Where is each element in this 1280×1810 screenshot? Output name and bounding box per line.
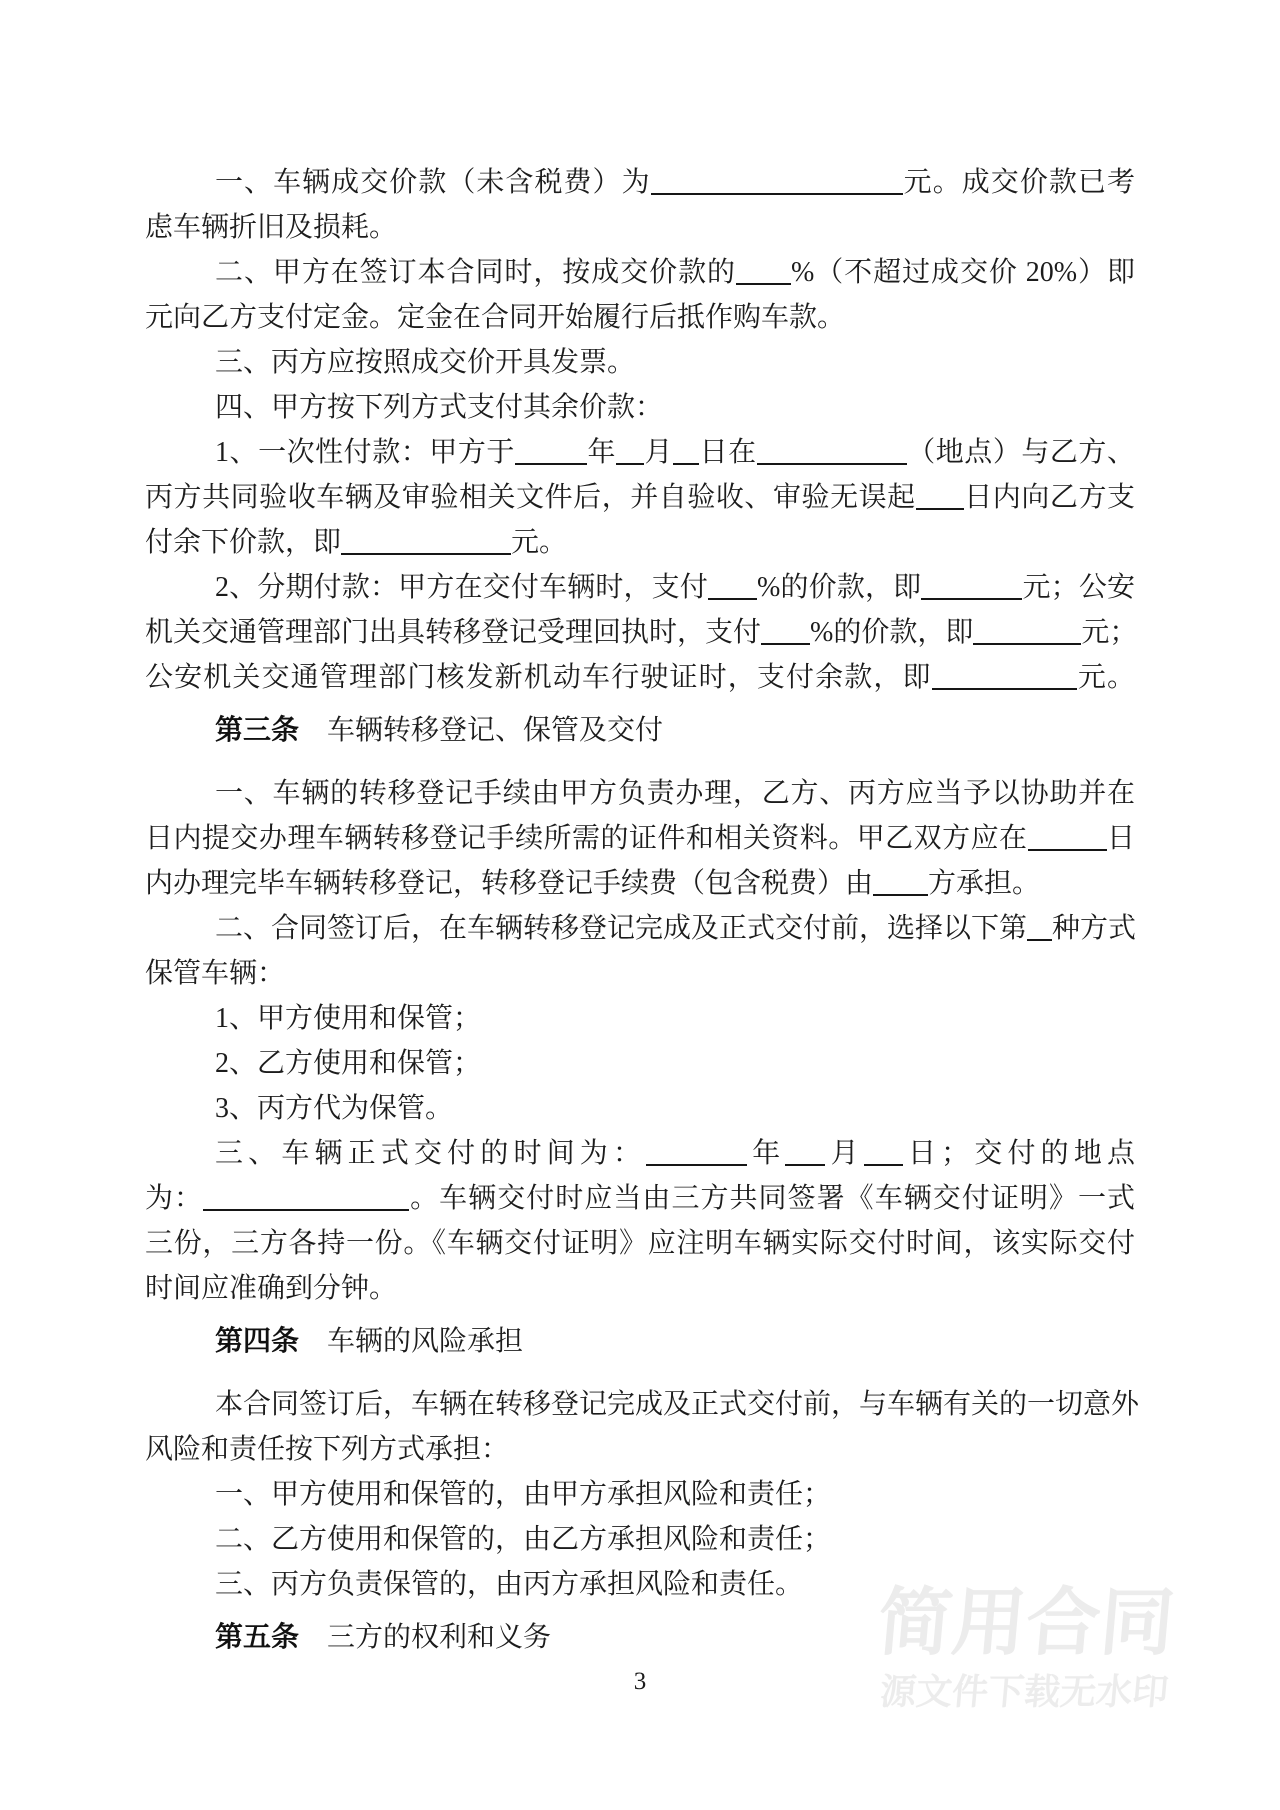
- doc-line: 2、分期付款：甲方在交付车辆时，支付%的价款，即元；公安: [145, 565, 1135, 610]
- doc-text: 年: [747, 1138, 785, 1169]
- doc-text: 三方的权利和义务: [299, 1622, 551, 1653]
- contract-page: 简用合同 源文件下载无水印 一、车辆成交价款（未含税费）为元。成交价款已考虑车辆…: [0, 0, 1280, 1810]
- doc-text: 公安机关交通管理部门核发新机动车行驶证时，支付余款，即: [145, 662, 932, 693]
- blank-field: [341, 549, 511, 555]
- blank-field: [651, 189, 903, 195]
- doc-line: 为：。车辆交付时应当由三方共同签署《车辆交付证明》一式: [145, 1176, 1135, 1221]
- doc-text: 一、车辆成交价款（未含税费）为: [215, 167, 651, 198]
- doc-text: 二、合同签订后，在车辆转移登记完成及正式交付前，选择以下第: [215, 913, 1027, 944]
- doc-line: 一、车辆的转移登记手续由甲方负责办理，乙方、丙方应当予以协助并在: [145, 771, 1135, 816]
- doc-line: 四、甲方按下列方式支付其余价款：: [145, 385, 1135, 430]
- doc-text: 元。成交价款已考: [903, 167, 1135, 198]
- doc-text: 2、分期付款：甲方在交付车辆时，支付: [215, 572, 708, 603]
- blank-field: [515, 459, 587, 465]
- doc-text: 三、车辆正式交付的时间为：: [215, 1138, 646, 1169]
- doc-line: 2、乙方使用和保管；: [145, 1041, 1135, 1086]
- doc-line: 3、丙方代为保管。: [145, 1086, 1135, 1131]
- blank-field: [921, 594, 1022, 600]
- doc-line: 风险和责任按下列方式承担：: [145, 1427, 1135, 1472]
- doc-text: 日；交付的地点: [903, 1138, 1135, 1169]
- doc-line: 三、丙方应按照成交价开具发票。: [145, 340, 1135, 385]
- doc-text: 四、甲方按下列方式支付其余价款：: [215, 392, 663, 423]
- doc-line: 公安机关交通管理部门核发新机动车行驶证时，支付余款，即元。: [145, 655, 1135, 700]
- doc-heading-line: 第三条 车辆转移登记、保管及交付: [145, 707, 1135, 753]
- doc-text: 月: [644, 437, 673, 468]
- doc-text: 种方式: [1052, 913, 1136, 944]
- doc-text: 虑车辆折旧及损耗。: [145, 212, 397, 243]
- doc-text: 日在: [699, 437, 757, 468]
- doc-text: 1、甲方使用和保管；: [215, 1003, 481, 1034]
- doc-text: 三、丙方负责保管的，由丙方承担风险和责任。: [215, 1569, 803, 1600]
- doc-text: %的价款，即: [810, 617, 973, 648]
- doc-line: 机关交通管理部门出具转移登记受理回执时，支付%的价款，即元；: [145, 610, 1135, 655]
- doc-line: 一、车辆成交价款（未含税费）为元。成交价款已考: [145, 160, 1135, 205]
- doc-line: 丙方共同验收车辆及审验相关文件后，并自验收、审验无误起日内向乙方支: [145, 475, 1135, 520]
- doc-line: 日内提交办理车辆转移登记手续所需的证件和相关资料。甲乙双方应在日: [145, 816, 1135, 861]
- doc-line: 虑车辆折旧及损耗。: [145, 205, 1135, 250]
- doc-text: 2、乙方使用和保管；: [215, 1048, 481, 1079]
- doc-text: 日内向乙方支: [964, 482, 1135, 513]
- doc-text: 风险和责任按下列方式承担：: [145, 1434, 509, 1465]
- blank-field: [916, 504, 964, 510]
- doc-text: 年: [587, 437, 616, 468]
- doc-line: 三份，三方各持一份。《车辆交付证明》应注明车辆实际交付时间，该实际交付: [145, 1221, 1135, 1266]
- doc-text: 车辆的风险承担: [299, 1326, 523, 1357]
- doc-line: 二、甲方在签订本合同时，按成交价款的%（不超过成交价 20%）即: [145, 250, 1135, 295]
- doc-text: %（不超过成交价 20%）即: [791, 257, 1135, 288]
- doc-text: 元；公安: [1022, 572, 1135, 603]
- doc-text: 付余下价款，即: [145, 527, 341, 558]
- doc-text: 日内提交办理车辆转移登记手续所需的证件和相关资料。甲乙双方应在: [145, 823, 1028, 854]
- doc-line: 时间应准确到分钟。: [145, 1266, 1135, 1311]
- doc-text: 一、车辆的转移登记手续由甲方负责办理，乙方、丙方应当予以协助并在: [215, 778, 1135, 809]
- doc-text: 日: [1107, 823, 1135, 854]
- blank-field: [873, 890, 928, 896]
- doc-text: （地点）与乙方、: [907, 437, 1135, 468]
- blank-field: [616, 459, 644, 465]
- blank-field: [761, 639, 810, 645]
- doc-text: 元；: [1081, 617, 1137, 648]
- page-number: 3: [0, 1668, 1280, 1696]
- doc-text: 二、甲方在签订本合同时，按成交价款的: [215, 257, 736, 288]
- doc-text: 本合同签订后，车辆在转移登记完成及正式交付前，与车辆有关的一切意外: [215, 1389, 1139, 1420]
- doc-text: 元向乙方支付定金。定金在合同开始履行后抵作购车款。: [145, 302, 845, 333]
- heading-label: 第四条: [215, 1325, 299, 1356]
- doc-line: 内办理完毕车辆转移登记，转移登记手续费（包含税费）由方承担。: [145, 861, 1135, 906]
- doc-line: 付余下价款，即元。: [145, 520, 1135, 565]
- blank-field: [1027, 935, 1052, 941]
- doc-line: 本合同签订后，车辆在转移登记完成及正式交付前，与车辆有关的一切意外: [145, 1382, 1135, 1427]
- doc-text: 元。: [1077, 662, 1135, 693]
- doc-text: 3、丙方代为保管。: [215, 1093, 453, 1124]
- doc-line: 三、丙方负责保管的，由丙方承担风险和责任。: [145, 1562, 1135, 1607]
- doc-line: 1、一次性付款：甲方于年月日在（地点）与乙方、: [145, 430, 1135, 475]
- doc-text: 方承担。: [928, 868, 1040, 899]
- doc-text: 为：: [145, 1183, 203, 1214]
- doc-text: 车辆转移登记、保管及交付: [299, 715, 663, 746]
- heading-label: 第五条: [215, 1621, 299, 1652]
- blank-field: [785, 1160, 825, 1166]
- blank-field: [203, 1205, 409, 1211]
- doc-text: 三份，三方各持一份。《车辆交付证明》应注明车辆实际交付时间，该实际交付: [145, 1228, 1135, 1259]
- doc-line: 元向乙方支付定金。定金在合同开始履行后抵作购车款。: [145, 295, 1135, 340]
- doc-line: 1、甲方使用和保管；: [145, 996, 1135, 1041]
- doc-heading-line: 第五条 三方的权利和义务: [145, 1614, 1135, 1660]
- doc-text: 三、丙方应按照成交价开具发票。: [215, 347, 635, 378]
- doc-text: 丙方共同验收车辆及审验相关文件后，并自验收、审验无误起: [145, 482, 916, 513]
- doc-line: 三、车辆正式交付的时间为：年月日；交付的地点: [145, 1131, 1135, 1176]
- blank-field: [1028, 845, 1107, 851]
- document-body: 一、车辆成交价款（未含税费）为元。成交价款已考虑车辆折旧及损耗。二、甲方在签订本…: [145, 160, 1135, 1678]
- blank-field: [973, 639, 1081, 645]
- doc-text: 。车辆交付时应当由三方共同签署《车辆交付证明》一式: [409, 1183, 1135, 1214]
- doc-text: 时间应准确到分钟。: [145, 1273, 397, 1304]
- blank-field: [864, 1160, 903, 1166]
- doc-text: 1、一次性付款：甲方于: [215, 437, 515, 468]
- doc-line: 二、乙方使用和保管的，由乙方承担风险和责任；: [145, 1517, 1135, 1562]
- blank-field: [932, 684, 1077, 690]
- blank-field: [736, 279, 791, 285]
- doc-text: %的价款，即: [757, 572, 921, 603]
- doc-text: 一、甲方使用和保管的，由甲方承担风险和责任；: [215, 1479, 831, 1510]
- doc-text: 月: [825, 1138, 863, 1169]
- doc-line: 二、合同签订后，在车辆转移登记完成及正式交付前，选择以下第种方式: [145, 906, 1135, 951]
- doc-text: 机关交通管理部门出具转移登记受理回执时，支付: [145, 617, 761, 648]
- doc-text: 元。: [511, 527, 567, 558]
- doc-line: 一、甲方使用和保管的，由甲方承担风险和责任；: [145, 1472, 1135, 1517]
- doc-text: 保管车辆：: [145, 958, 285, 989]
- blank-field: [757, 459, 907, 465]
- blank-field: [673, 459, 699, 465]
- doc-text: 二、乙方使用和保管的，由乙方承担风险和责任；: [215, 1524, 831, 1555]
- blank-field: [646, 1160, 747, 1166]
- blank-field: [708, 594, 757, 600]
- heading-label: 第三条: [215, 714, 299, 745]
- doc-text: 内办理完毕车辆转移登记，转移登记手续费（包含税费）由: [145, 868, 873, 899]
- doc-heading-line: 第四条 车辆的风险承担: [145, 1318, 1135, 1364]
- doc-line: 保管车辆：: [145, 951, 1135, 996]
